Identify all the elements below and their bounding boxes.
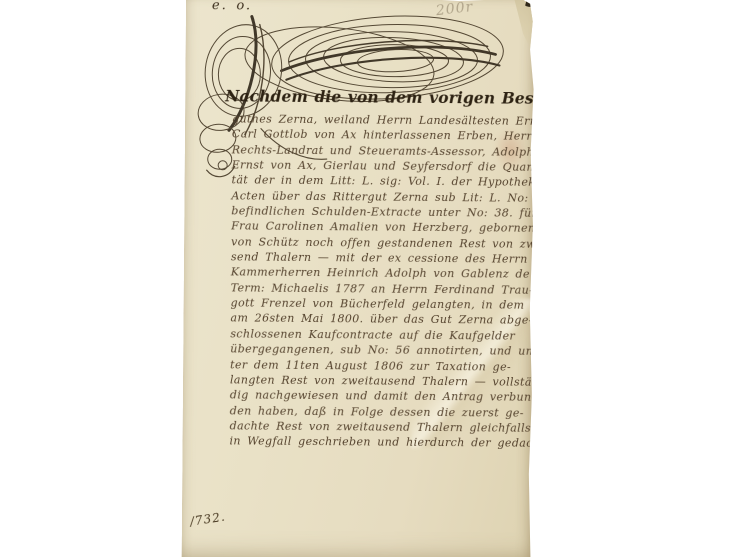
page-number: /732. <box>189 510 226 529</box>
heading-line: Nachdem die von dem vorigen Besitzer des… <box>225 86 675 109</box>
manuscript-page: e. o. 200r <box>182 0 535 557</box>
body-text: guthes Zerna, weiland Herrn Landesältest… <box>229 111 524 451</box>
scanned-document-photo: e. o. 200r <box>0 0 740 557</box>
ink-speck <box>525 0 533 7</box>
body-line: in Wegfall geschrieben und hierdurch der… <box>229 434 521 452</box>
